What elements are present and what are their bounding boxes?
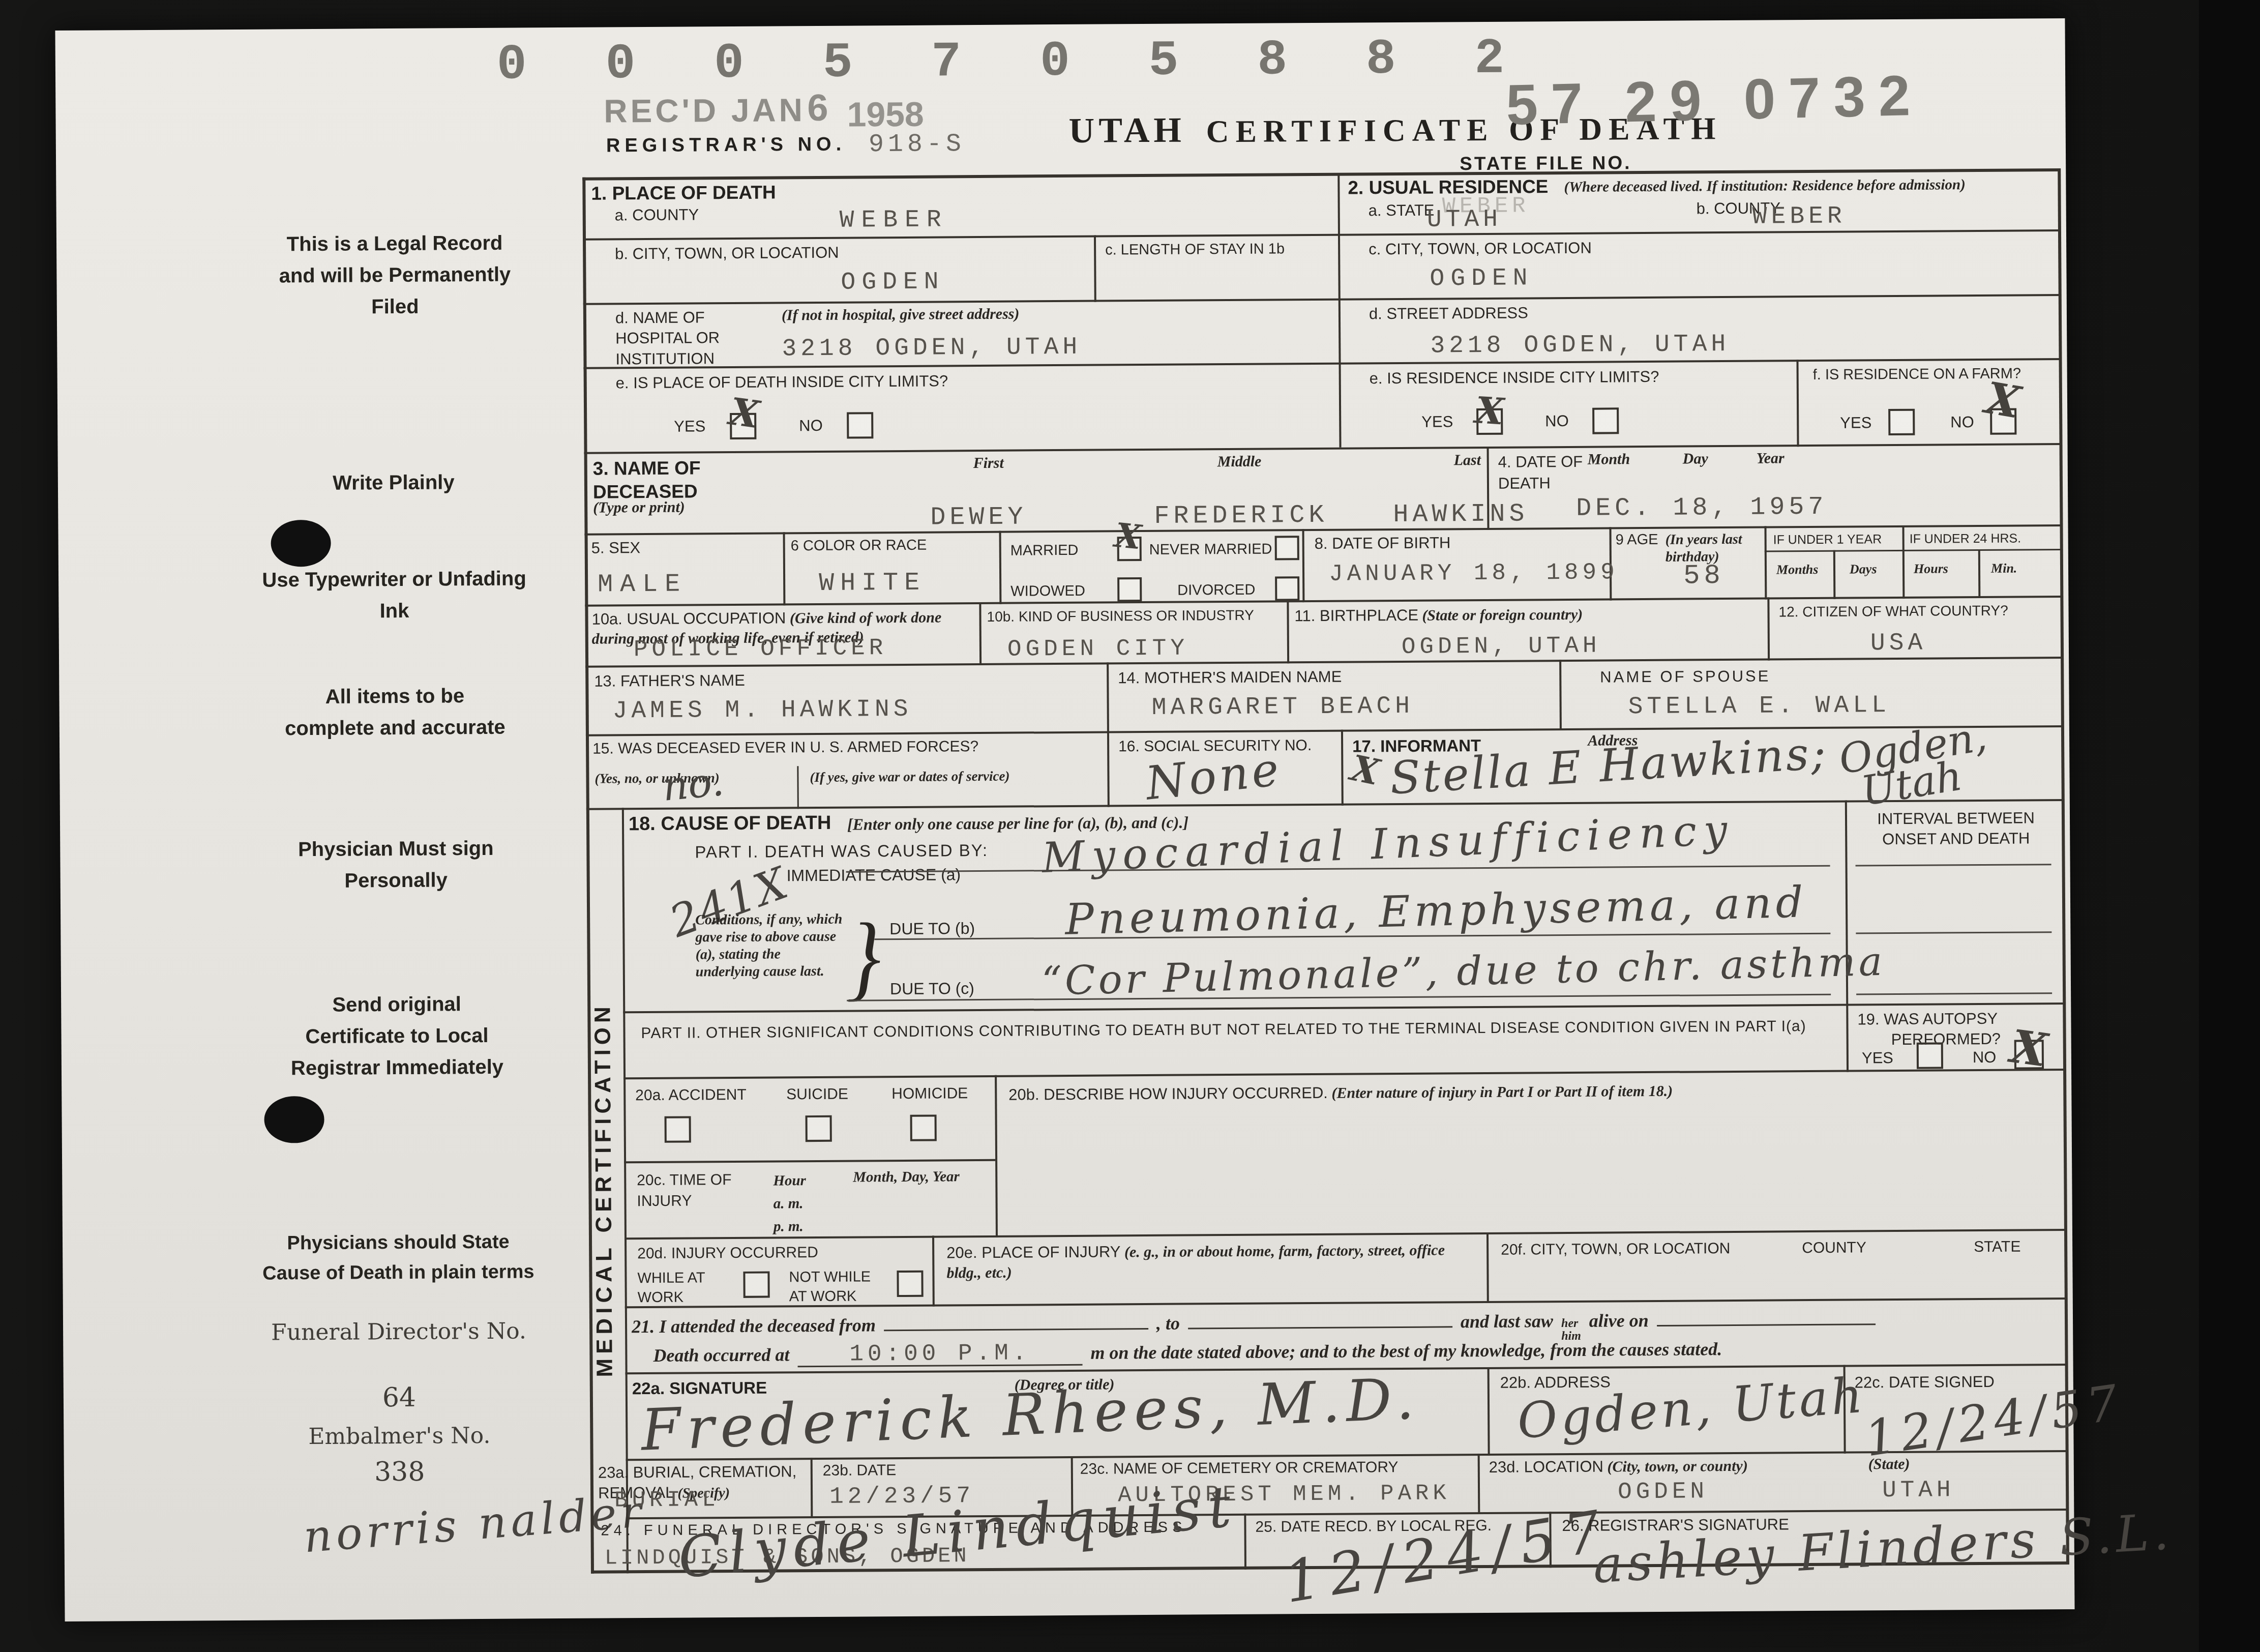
margin-note-typewriter: Use Typewriter or Unfading Ink [262, 563, 527, 627]
field-2f-no-label: NO [1950, 413, 1974, 431]
field-1a-county-value: WEBER [840, 206, 948, 234]
margin-note-complete: All items to be complete and accurate [278, 680, 512, 745]
field-20a-accident-label: 20a. ACCIDENT [635, 1086, 747, 1104]
field-21-text5: Death occurred at [653, 1344, 789, 1366]
serial-number-stamp: 0 0 0 5 7 0 5 8 8 2 [497, 31, 1529, 93]
field-21-text1: 21. I attended the deceased from [632, 1314, 876, 1337]
embalmer-no-label: Embalmer's No. [262, 1422, 537, 1450]
form-line [1478, 1454, 1480, 1514]
received-day-stamp: 6 [807, 86, 828, 129]
field-1c-length-of-stay-label: c. LENGTH OF STAY IN 1b [1105, 241, 1285, 258]
field-18-due-to-c-label: DUE TO (c) [890, 979, 974, 998]
field-21-text4: alive on [1589, 1310, 1649, 1332]
field-3-last-label: Last [1454, 452, 1481, 469]
field-3-name-hint: (Type or print) [593, 499, 685, 517]
field-7-married-label: MARRIED [1010, 542, 1079, 559]
field-spouse-label: NAME OF SPOUSE [1600, 667, 1770, 687]
field-20f-county-label: COUNTY [1802, 1239, 1866, 1257]
field-20f-label: 20f. CITY, TOWN, OR LOCATION [1501, 1240, 1730, 1259]
field-2a-state-label: a. STATE [1369, 201, 1435, 220]
form-line [2058, 168, 2069, 1565]
field-14-mother-value: MARGARET BEACH [1151, 693, 1414, 722]
scanned-death-certificate: This is a Legal Record and will be Perma… [0, 0, 2260, 1652]
field-8-date-of-birth-value: JANUARY 18, 1899 [1329, 559, 1619, 587]
field-2e-yes-checkmark: X [1474, 388, 1505, 433]
form-line [1902, 525, 1905, 599]
field-1d-hospital-hint: (If not in hospital, give street address… [782, 306, 1020, 324]
field-1e-yes-label: YES [674, 417, 705, 435]
field-23d-state-hint: (State) [1868, 1456, 1910, 1473]
field-2e-no-label: NO [1545, 412, 1569, 430]
field-23d-hint: (City, town, or county) [1607, 1458, 1748, 1476]
form-line [1341, 730, 1344, 806]
field-9-hours-label: Hours [1914, 561, 1948, 576]
field-21-blank2 [1188, 1308, 1452, 1329]
field-23d-state-value: UTAH [1882, 1477, 1955, 1503]
field-21-time-value: 10:00 P.M. [797, 1340, 1082, 1367]
field-7-married-checkmark: X [1113, 515, 1143, 557]
field-2f-yes-checkbox [1888, 409, 1915, 435]
punch-hole [271, 520, 331, 567]
field-20a-homicide-checkbox [910, 1115, 937, 1141]
form-line [1107, 662, 1109, 733]
field-11-birthplace-hint: (State or foreign country) [1422, 606, 1583, 624]
field-1e-no-label: NO [799, 417, 823, 435]
field-3-first-value: DEWEY [930, 503, 1027, 532]
form-line [932, 1236, 935, 1307]
margin-note-legal-record: This is a Legal Record and will be Perma… [275, 227, 515, 323]
field-8-date-of-birth-label: 8. DATE OF BIRTH [1315, 534, 1451, 553]
field-21-text2: , to [1156, 1313, 1180, 1334]
field-1-place-of-death-label: 1. PLACE OF DEATH [591, 182, 776, 204]
form-line [1337, 175, 1341, 448]
field-14-mother-label: 14. MOTHER'S MAIDEN NAME [1118, 668, 1342, 688]
death-certificate-paper: This is a Legal Record and will be Perma… [55, 18, 2074, 1621]
field-2-usual-residence-hint: (Where deceased lived. If institution: R… [1564, 176, 1966, 196]
form-line [797, 766, 799, 809]
funeral-director-no-label: Funeral Director's No. [261, 1315, 536, 1348]
field-13-father-label: 13. FATHER'S NAME [594, 671, 745, 691]
field-18-conditions-hint: Conditions, if any, which gave rise to a… [695, 911, 848, 981]
field-21-text6: m on the date stated above; and to the b… [1090, 1338, 1722, 1364]
form-line [583, 294, 2061, 305]
field-3-middle-value: FREDERICK [1154, 501, 1328, 531]
form-line [1833, 550, 1836, 599]
field-22c-date-signed-label: 22c. DATE SIGNED [1855, 1373, 1995, 1392]
margin-note-plain-terms: Physicians should State Cause of Death i… [256, 1227, 541, 1288]
form-line [995, 1075, 998, 1237]
field-9-age-value: 58 [1683, 560, 1724, 592]
field-2e-city-limits-label: e. IS RESIDENCE INSIDE CITY LIMITS? [1370, 368, 1659, 388]
field-4-date-of-death-value: DEC. 18, 1957 [1576, 493, 1827, 523]
field-1e-city-limits-label: e. IS PLACE OF DEATH INSIDE CITY LIMITS? [616, 372, 948, 392]
field-3-middle-label: Middle [1217, 453, 1262, 471]
field-23c-cemetery-label: 23c. NAME OF CEMETERY OR CREMATORY [1080, 1459, 1399, 1478]
field-20d-not-while-checkbox [897, 1271, 923, 1297]
margin-note-physician-sign: Physician Must sign Personally [284, 833, 508, 897]
field-23d-city-value: OGDEN [1618, 1478, 1708, 1505]
field-2c-city-label: c. CITY, TOWN, OR LOCATION [1369, 239, 1592, 259]
field-9-months-label: Months [1776, 562, 1819, 578]
scanner-dark-strip [2199, 0, 2260, 1652]
field-5-sex-label: 5. SEX [591, 539, 641, 557]
field-20f-state-label: STATE [1974, 1238, 2020, 1256]
field-10a-occupation-head: 10a. USUAL OCCUPATION [591, 609, 786, 628]
field-2d-street-label: d. STREET ADDRESS [1369, 304, 1528, 323]
form-line [811, 1458, 813, 1518]
field-20b-head: 20b. DESCRIBE HOW INJURY OCCURRED. [1008, 1084, 1328, 1104]
field-2b-county-value: WEBER [1752, 203, 1846, 231]
form-line [1094, 235, 1096, 302]
funeral-director-no-value: 64 [262, 1381, 537, 1413]
field-7-widowed-label: WIDOWED [1010, 583, 1085, 600]
field-spouse-value: STELLA E. WALL [1628, 692, 1891, 721]
field-4-day-label: Day [1683, 450, 1708, 467]
field-18-interval-label: INTERVAL BETWEEN ONSET AND DEATH [1864, 808, 2047, 850]
field-23a-value: BURIAL [614, 1487, 720, 1513]
field-9-age-label: 9 AGE [1616, 532, 1658, 549]
field-20a-suicide-label: SUICIDE [786, 1086, 848, 1104]
field-6-race-value: WHITE [819, 569, 926, 598]
punch-hole [264, 1096, 324, 1143]
title-state: UTAH [1068, 110, 1185, 152]
form-line [624, 1159, 995, 1163]
form-line [586, 725, 2063, 736]
form-line [979, 602, 982, 665]
field-7-never-married-checkbox [1275, 536, 1299, 560]
field-21-blank1 [884, 1310, 1148, 1331]
field-18-due-to-b-label: DUE TO (b) [889, 919, 975, 938]
field-10a-occupation-value: POLICE OFFICER [634, 635, 887, 663]
field-20d-while-at-work-label: WHILE AT WORK [637, 1268, 705, 1307]
field-5-sex-value: MALE [598, 570, 687, 600]
field-20a-accident-checkbox [665, 1116, 691, 1143]
field-12-citizen-value: USA [1870, 630, 1927, 658]
form-line [999, 531, 1002, 604]
field-20e-label: 20e. PLACE OF INJURY (e. g., in or about… [946, 1240, 1470, 1283]
field-15-hint2: (If yes, give war or dates of service) [810, 769, 1009, 785]
field-18-brace: } [846, 902, 881, 1013]
field-18-immediate-cause-label: IMMEDIATE CAUSE (a) [787, 865, 961, 885]
field-15-armed-forces-label: 15. WAS DECEASED EVER IN U. S. ARMED FOR… [592, 738, 978, 758]
field-6-race-label: 6 COLOR OR RACE [791, 537, 927, 555]
field-1a-county-label: a. COUNTY [615, 205, 699, 224]
form-line [623, 1069, 2065, 1079]
field-19-yes-label: YES [1862, 1049, 1893, 1067]
form-line [583, 229, 2060, 241]
field-9-under-24-hrs-label: IF UNDER 24 HRS. [1910, 532, 2021, 547]
field-7-widowed-checkbox [1117, 577, 1142, 602]
form-line [1845, 801, 1849, 1072]
field-2f-yes-label: YES [1840, 414, 1871, 432]
field-2e-no-checkbox [1592, 407, 1619, 434]
field-1e-yes-checkmark: X [727, 390, 762, 437]
field-4-month-label: Month [1588, 451, 1630, 468]
field-2e-yes-label: YES [1421, 412, 1453, 431]
form-line [1796, 360, 1799, 447]
field-20d-label: 20d. INJURY OCCURRED [637, 1244, 818, 1262]
field-3-name-label: 3. NAME OF DECEASED [593, 456, 766, 505]
field-20a-suicide-checkbox [806, 1115, 832, 1142]
form-line [1302, 529, 1305, 602]
field-20c-hour-labels: Hour a. m. p. m. [773, 1169, 806, 1238]
field-20a-homicide-label: HOMICIDE [891, 1085, 968, 1103]
margin-note-write-plainly: Write Plainly [272, 466, 516, 499]
form-line [623, 1002, 2065, 1013]
field-18-part2-label: PART II. OTHER SIGNIFICANT CONDITIONS CO… [641, 1018, 1806, 1042]
field-18-part1-label: PART I. DEATH WAS CAUSED BY: [695, 841, 988, 862]
field-15-armed-forces-value: no. [661, 759, 726, 810]
field-3-last-value: HAWKINS [1393, 499, 1528, 529]
field-9-min-label: Min. [1991, 561, 2017, 576]
received-year-stamp: 1958 [847, 95, 924, 135]
field-23b-date-label: 23b. DATE [823, 1462, 897, 1480]
field-20e-head: 20e. PLACE OF INJURY [946, 1243, 1120, 1261]
medical-certification-label: MEDICAL CERTIFICATION [589, 820, 625, 1558]
form-line [584, 443, 2062, 454]
field-11-birthplace-head: 11. BIRTHPLACE [1294, 606, 1418, 625]
field-18-cause-label: 18. CAUSE OF DEATH [629, 812, 831, 835]
form-line [1765, 549, 2062, 552]
form-line [1107, 731, 1110, 807]
form-line [1978, 549, 1981, 598]
field-20c-mdy-label: Month, Day, Year [853, 1168, 960, 1186]
field-7-never-married-label: NEVER MARRIED [1149, 541, 1272, 558]
field-20d-while-checkbox [743, 1272, 769, 1298]
form-line [1559, 660, 1562, 730]
field-20d-not-while-label: NOT WHILE AT WORK [789, 1267, 871, 1306]
interval-line-b [1856, 931, 2051, 934]
field-10b-industry-value: OGDEN CITY [1007, 635, 1188, 663]
field-21-her: her [1561, 1317, 1581, 1330]
field-9-under-1-year-label: IF UNDER 1 YEAR [1773, 532, 1882, 547]
form-line [1486, 1232, 1489, 1303]
field-2a-state-value: UTAH [1427, 206, 1502, 234]
field-19-no-checkmark: X [2008, 1019, 2050, 1077]
field-4-year-label: Year [1757, 450, 1785, 467]
form-line [1244, 1514, 1246, 1570]
field-1d-hospital-label: d. NAME OF HOSPITAL OR INSTITUTION [615, 307, 774, 369]
form-line [1767, 598, 1770, 661]
field-19-autopsy-label-line1: 19. WAS AUTOPSY [1857, 1010, 1998, 1029]
registrar-no-label: REGISTRAR'S NO. [606, 134, 846, 157]
field-7-divorced-label: DIVORCED [1177, 582, 1255, 599]
field-9-days-label: Days [1850, 562, 1877, 577]
field-13-father-value: JAMES M. HAWKINS [613, 696, 912, 725]
field-19-no-label: NO [1973, 1048, 1997, 1067]
field-4-date-of-death-label: 4. DATE OF DEATH [1498, 451, 1585, 494]
state-file-no-stamp: 57 29 0732 [1505, 63, 1924, 138]
embalmer-no-value: 338 [262, 1456, 537, 1488]
field-7-divorced-checkbox [1275, 576, 1299, 601]
field-1d-hospital-value: 3218 OGDEN, UTAH [782, 334, 1081, 363]
field-1e-no-checkbox [847, 412, 873, 438]
field-3-first-label: First [973, 455, 1004, 472]
form-line [1488, 1367, 1490, 1456]
field-1b-city-label: b. CITY, TOWN, OR LOCATION [615, 244, 839, 263]
field-23d-label: 23d. LOCATION (City, town, or county) [1489, 1457, 1748, 1477]
field-12-citizen-label: 12. CITIZEN OF WHAT COUNTRY? [1778, 603, 2008, 621]
form-line [586, 799, 2064, 810]
field-10b-industry-label: 10b. KIND OF BUSINESS OR INDUSTRY [987, 607, 1254, 625]
form-line [625, 1229, 2066, 1240]
margin-note-send-original: Send original Certificate to Local Regis… [290, 988, 504, 1084]
received-date-stamp: REC'D JAN [604, 91, 806, 130]
field-23d-head: 23d. LOCATION [1489, 1458, 1603, 1476]
field-1b-city-value: OGDEN [841, 268, 944, 296]
interval-line-c [1856, 992, 2052, 995]
field-11-birthplace-label: 11. BIRTHPLACE (State or foreign country… [1294, 604, 1762, 626]
field-19-autopsy-label-line2: PERFORMED? [1891, 1030, 2001, 1049]
form-line [1287, 600, 1289, 663]
interval-line-a [1856, 864, 2051, 866]
field-21-text3: and last saw [1461, 1310, 1553, 1332]
field-11-birthplace-value: OGDEN, UTAH [1402, 633, 1601, 660]
field-21-blank3 [1657, 1305, 1876, 1326]
field-2d-street-value: 3218 OGDEN, UTAH [1430, 331, 1730, 360]
form-line [783, 532, 786, 605]
field-20c-label: 20c. TIME OF INJURY [637, 1170, 754, 1212]
registrar-no-value: 918-S [869, 130, 965, 159]
field-20b-label: 20b. DESCRIBE HOW INJURY OCCURRED. (Ente… [1008, 1082, 1673, 1104]
field-2c-city-value: OGDEN [1430, 264, 1533, 292]
field-20b-hint: (Enter nature of injury in Part I or Par… [1331, 1083, 1673, 1102]
field-19-yes-checkbox [1917, 1042, 1943, 1069]
